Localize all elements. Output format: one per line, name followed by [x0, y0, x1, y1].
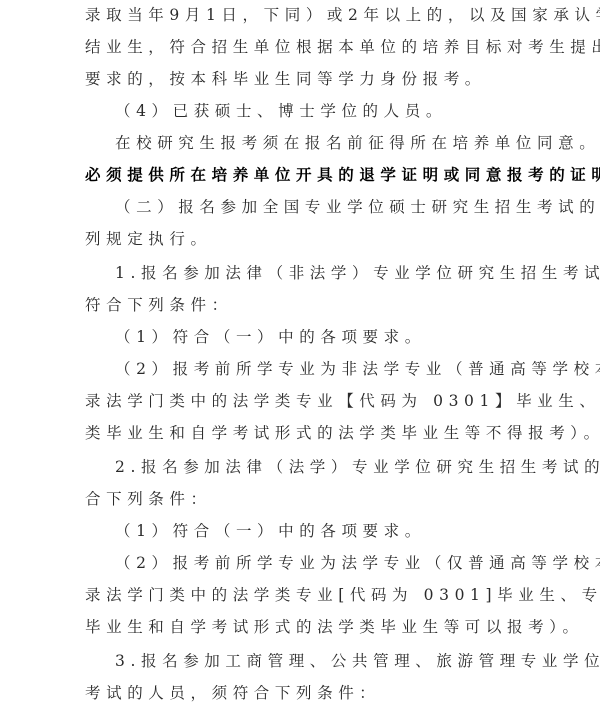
text-line: 结业生，符合招生单位根据本单位的培养目标对考生提出的具体学业: [85, 36, 517, 58]
text-line: 合下列条件：: [85, 488, 517, 510]
bold-text-line: 必须提供所在培养单位开具的退学证明或同意报考的证明。: [85, 164, 517, 186]
text-line: 类毕业生和自学考试形式的法学类毕业生等不得报考）。: [85, 422, 517, 444]
text-line: 要求的，按本科毕业生同等学力身份报考。: [85, 68, 517, 90]
condition-1: （1）符合（一）中的各项要求。: [115, 520, 517, 542]
condition-1: （1）符合（一）中的各项要求。: [115, 326, 517, 348]
condition-2: （2）报考前所学专业为法学专业（仅普通高等学校本科专业目: [115, 552, 517, 574]
list-item-4: （4）已获硕士、博士学位的人员。: [115, 100, 517, 122]
document-page: 录取当年9月1日，下同）或2年以上的，以及国家承认学历的本科 结业生，符合招生单…: [0, 0, 600, 710]
item-3-heading: 3.报名参加工商管理、公共管理、旅游管理专业学位研究生招生: [115, 650, 517, 672]
text-line: 考试的人员，须符合下列条件：: [85, 682, 517, 704]
text-line: 录法学门类中的法学类专业【代码为 0301】毕业生、专科层次法学: [85, 390, 517, 412]
condition-2: （2）报考前所学专业为非法学专业（普通高等学校本科专业目: [115, 358, 517, 380]
text-line: 录法学门类中的法学类专业[代码为 0301]毕业生、专科层次法学类: [85, 584, 517, 606]
text-line: 符合下列条件：: [85, 294, 517, 316]
text-line-mixed: 在校研究生报考须在报名前征得所在培养单位同意。现场确认时: [115, 132, 517, 154]
normal-text: 在校研究生报考须在报名前征得所在培养单位同意。: [115, 134, 600, 152]
text-line: 列规定执行。: [85, 228, 517, 250]
text-line: 毕业生和自学考试形式的法学类毕业生等可以报考）。: [85, 616, 517, 638]
item-2-heading: 2.报名参加法律（法学）专业学位研究生招生考试的人员，须符: [115, 456, 517, 478]
section-heading-2: （二）报名参加全国专业学位硕士研究生招生考试的人员，按下: [115, 196, 517, 218]
text-line: 录取当年9月1日，下同）或2年以上的，以及国家承认学历的本科: [85, 4, 517, 26]
item-1-heading: 1.报名参加法律（非法学）专业学位研究生招生考试的人员，须: [115, 262, 517, 284]
